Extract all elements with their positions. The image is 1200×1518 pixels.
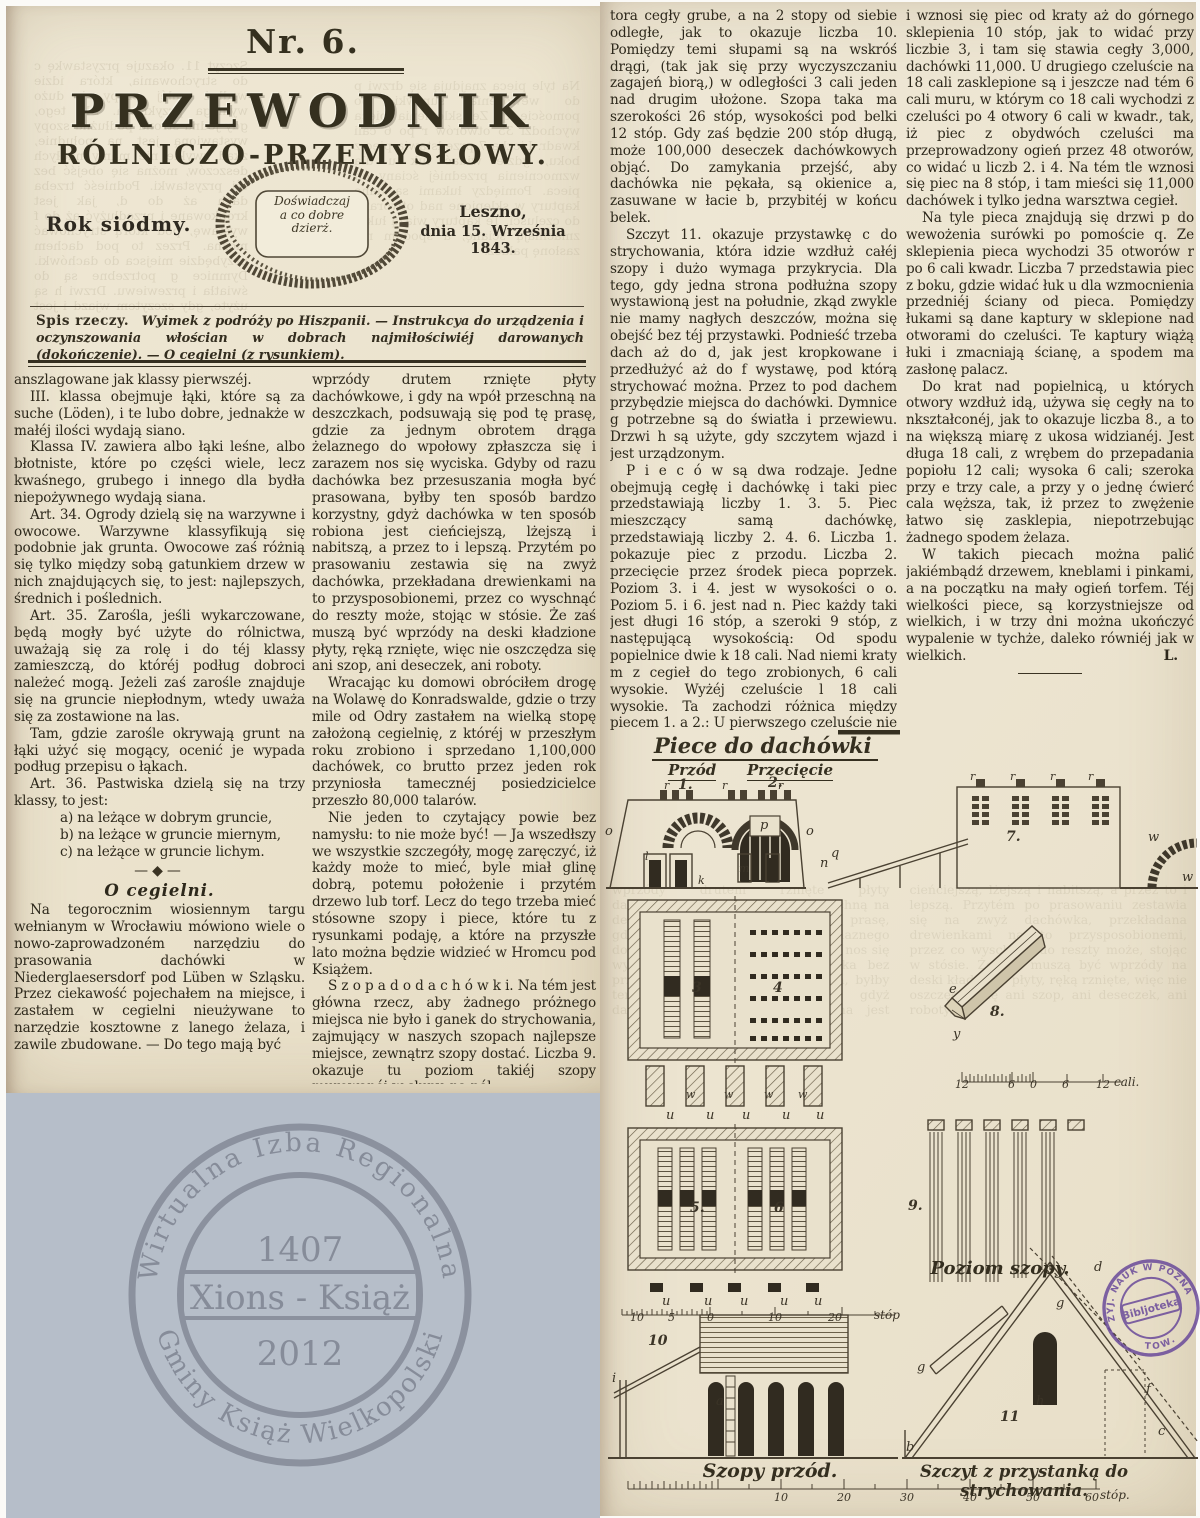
scale-number: 20 xyxy=(837,1491,851,1504)
figure-number: 3 xyxy=(692,980,702,996)
figure-letter: u xyxy=(662,1294,670,1309)
figure-letter: o xyxy=(605,824,613,839)
figures-drawing xyxy=(600,730,1200,1518)
paragraph: Wracając ku domowi obróciłem drogę na Wo… xyxy=(312,675,596,810)
motto: Doświadczaj a co dobre dzierż. xyxy=(252,195,372,236)
paragraph: Nie jeden to czytający powie bez namysłu… xyxy=(312,810,596,978)
figure-letter: u xyxy=(740,1294,748,1309)
figure-letter: k xyxy=(698,874,705,887)
figure-letter: w xyxy=(686,1088,695,1101)
stamp-center-label: Bibljoteka xyxy=(1121,1295,1182,1322)
paragraph: i wznosi się piec od kraty aż do górnego… xyxy=(906,8,1194,210)
watermark-year-bottom: 2012 xyxy=(257,1334,344,1374)
scale-number: 20 xyxy=(828,1311,842,1324)
scale-number: 0 xyxy=(707,1311,714,1324)
section-heading: O cegielni. xyxy=(14,883,305,900)
watermark-banner: Xions - Książ xyxy=(190,1278,410,1318)
figure-letter: w xyxy=(1148,830,1159,845)
issue-rule xyxy=(208,68,404,74)
end-rule xyxy=(1018,673,1082,674)
column-3: tora cegły grube, a na 2 stopy od siebie… xyxy=(610,8,897,732)
paragraph: anszlagowane jak klassy pierwszéj. xyxy=(14,372,305,389)
figure-number: 6 xyxy=(774,1200,784,1216)
figure-number: 11 xyxy=(1000,1409,1019,1425)
paragraph: wprzódy drutem rznięte płyty dachówkowe,… xyxy=(312,372,596,675)
figure-letter: g xyxy=(917,1360,925,1375)
figure-section-label: Przecięcie xyxy=(747,761,833,781)
issue-number: Nr. 6. xyxy=(6,22,600,61)
column-2: wprzódy drutem rznięte płyty dachówkowe,… xyxy=(312,372,596,1084)
volume-label: Rok siódmy. xyxy=(46,212,191,236)
newspaper-title: PRZEWODNIK xyxy=(6,84,600,138)
paragraph: Art. 34. Ogrody dzielą się na warzywne i… xyxy=(14,507,305,608)
scale-number: 0 xyxy=(1030,1078,1037,1091)
figure-letter: w xyxy=(764,1088,773,1101)
figure-number: 1. xyxy=(678,777,693,793)
paragraph: Do krat nad popielnicą, u których otwory… xyxy=(906,379,1194,547)
figure-letter: r xyxy=(664,779,669,792)
figure-letter: u xyxy=(704,1294,712,1309)
place: Leszno, xyxy=(398,202,588,221)
figure-letter: y xyxy=(953,1027,960,1042)
caption-plan: Poziom szopy. xyxy=(900,1258,1100,1279)
scale-number: 10 xyxy=(774,1491,788,1504)
figure-letter: o xyxy=(806,824,814,839)
figure-letter: u xyxy=(706,1108,714,1123)
place-date: Leszno, dnia 15. Września 1843. xyxy=(398,202,588,257)
list-item: c) na leżące w gruncie lichym. xyxy=(14,844,305,861)
motto-line: a co dobre xyxy=(252,209,372,223)
figure-letter: n xyxy=(820,856,828,871)
issue-date: dnia 15. Września 1843. xyxy=(398,223,588,257)
figure-letter: g xyxy=(1056,1296,1064,1311)
paragraph: Na tyle pieca znajdują się drzwi p do we… xyxy=(906,210,1194,378)
figure-letter: c xyxy=(1158,1424,1165,1439)
figure-number: 7. xyxy=(1006,829,1021,845)
figure-letter: u xyxy=(782,1108,790,1123)
figure-letter: w xyxy=(1182,870,1193,885)
scale-number: 6 xyxy=(1062,1078,1069,1091)
figure-letter: r xyxy=(778,779,783,792)
figure-number: 5. xyxy=(690,1200,705,1216)
figure-number: 10 xyxy=(648,1333,667,1349)
paragraph: Tam, gdzie zarośle okrywają grunt na łąk… xyxy=(14,726,305,777)
motto-line: Doświadczaj xyxy=(252,195,372,209)
paragraph: Art. 35. Zarośla, jeśli wykarczowane, bę… xyxy=(14,608,305,726)
figure-letter: m xyxy=(739,862,749,875)
figure-letter: w xyxy=(724,1088,733,1101)
watermark-seal-icon: Wirtualna Izba Regionalna Gminy Książ Wi… xyxy=(6,1093,600,1518)
paragraph: W takich piecach można palić jakiémbądź … xyxy=(906,547,1194,665)
scale-number: 5 xyxy=(668,1311,675,1324)
figure-letter: r xyxy=(1010,770,1015,783)
scanned-newspaper-page: Szczyt 11. okazuje przystawkę c do stryc… xyxy=(0,0,1200,1518)
paragraph: tora cegły grube, a na 2 stopy od siebie… xyxy=(610,8,897,227)
ornament-divider: —◆— xyxy=(14,863,305,880)
scale-number: 12 xyxy=(1096,1078,1110,1091)
table-of-contents: Spis rzeczy. Wyimek z podróży po Hiszpan… xyxy=(36,313,584,364)
paragraph: S z o p a d o d a c h ó w k i. Na tém je… xyxy=(312,978,596,1084)
scale-number: 10 xyxy=(630,1311,644,1324)
toc-label: Spis rzeczy. xyxy=(36,313,129,329)
figure-letter: l xyxy=(645,850,649,863)
figure-number: 8. xyxy=(990,1004,1005,1020)
figure-section-title: Piece do dachówki xyxy=(652,733,878,761)
motto-line: dzierż. xyxy=(252,222,372,236)
paragraph: Na tegorocznim wiosiennym targu wełniany… xyxy=(14,902,305,1054)
figure-letter: u xyxy=(742,1108,750,1123)
column-1: anszlagowane jak klassy pierwszéj. III. … xyxy=(14,372,305,1084)
caption-gable: Szczyt z przystanką do strychowania. xyxy=(856,1462,1192,1500)
rule xyxy=(30,306,584,307)
figure-number: 9. xyxy=(908,1198,923,1214)
figure-letter: f xyxy=(1146,1382,1151,1397)
figure-letter: u xyxy=(816,1108,824,1123)
figure-letter: r xyxy=(970,770,975,783)
figure-number: 4 xyxy=(773,980,783,996)
figure-letter: r xyxy=(1050,770,1055,783)
figure-letter: p xyxy=(760,818,768,833)
paragraph: P i e c ó w są dwa rodzaje. Jedne obejmu… xyxy=(610,463,897,732)
scale-unit: stóp xyxy=(874,1308,900,1322)
figure-letter: w xyxy=(798,1088,807,1101)
column-4: i wznosi się piec od kraty aż do górnego… xyxy=(906,8,1194,730)
library-stamp-icon: PRZYJ. NAUK W POZNANIU TOW. Bibljoteka xyxy=(1096,1252,1200,1364)
watermark-year-top: 1407 xyxy=(257,1230,344,1270)
figure-letter: i xyxy=(612,1371,616,1386)
figure-letter: u xyxy=(780,1294,788,1309)
paragraph: Klassa IV. zawiera albo łąki leśne, albo… xyxy=(14,439,305,506)
figure-letter: b xyxy=(906,1440,914,1455)
figure-letter: u xyxy=(666,1108,674,1123)
scale-number: 12 xyxy=(955,1078,969,1091)
figure-letter: u xyxy=(814,1294,822,1309)
figure-letter: e xyxy=(949,982,957,997)
figure-letter: r xyxy=(1088,770,1093,783)
figure-letter: h xyxy=(1036,1394,1044,1409)
scale-unit: cali. xyxy=(1114,1075,1139,1089)
double-rule xyxy=(28,360,586,367)
list-item: a) na leżące w dobrym gruncie, xyxy=(14,810,305,827)
figure-letter: r xyxy=(722,779,727,792)
paragraph: III. klassa obejmuje łąki, które są za s… xyxy=(14,389,305,440)
scale-number: 10 xyxy=(768,1311,782,1324)
paragraph: Szczyt 11. okazuje przystawkę c do stryc… xyxy=(610,227,897,463)
paragraph: Art. 36. Pastwiska dzielą się na trzy kl… xyxy=(14,776,305,810)
figure-letter: a xyxy=(716,1394,724,1409)
figure-letter: q xyxy=(831,846,839,861)
list-item: b) na leżące w gruncie miernym, xyxy=(14,827,305,844)
scale-number: 6 xyxy=(1008,1078,1015,1091)
